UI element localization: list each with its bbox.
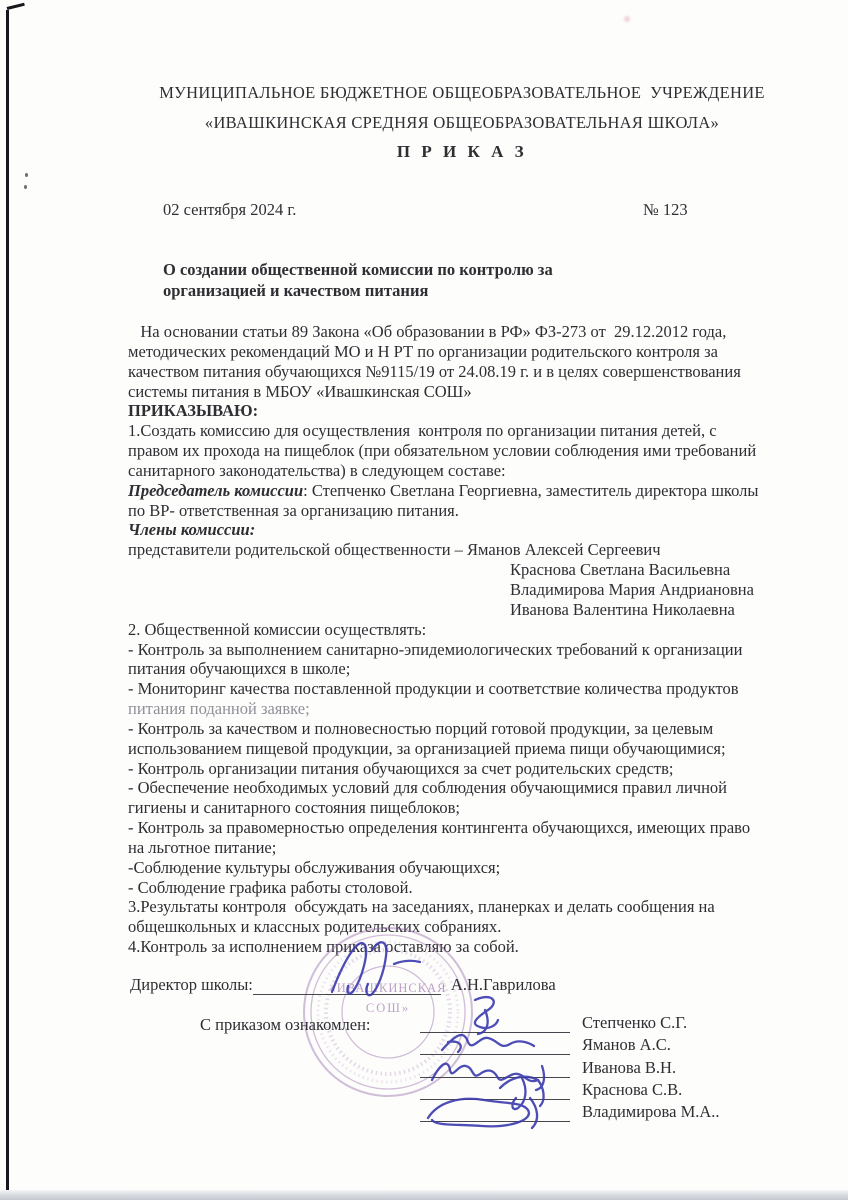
order-date: 02 сентября 2024 г. [163, 200, 296, 220]
body-line: - Контроль за качеством и полновесностью… [128, 719, 800, 739]
subject-line2: организацией и качеством питания [163, 281, 428, 300]
body-line: - Мониторинг качества поставленной проду… [128, 679, 800, 699]
director-label: Директор школы: [130, 975, 253, 994]
body-line: методических рекомендаций МО и Н РТ по о… [128, 342, 800, 362]
org-name-line2: «ИВАШКИНСКАЯ СРЕДНЯЯ ОБЩЕОБРАЗОВАТЕЛЬНАЯ… [126, 113, 798, 133]
order-title: П Р И К А З [126, 142, 798, 162]
body-line: правом их прохода на пищеблок (при обяза… [128, 441, 800, 461]
body-line: ПРИКАЗЫВАЮ: [128, 401, 800, 421]
body-text: На основании статьи 89 Закона «Об образо… [128, 322, 800, 957]
body-line: по ВР- ответственная за организацию пита… [128, 501, 800, 521]
body-line: Члены комиссии: [128, 520, 800, 540]
body-line: качеством питания обучающихся №9115/19 о… [128, 362, 800, 382]
scan-edge-hook [7, 3, 25, 10]
body-line-lead: Члены комиссии: [128, 520, 255, 539]
body-line: Иванова Валентина Николаевна [128, 600, 800, 620]
scan-speck [25, 173, 28, 177]
ink-sig-5 [428, 1099, 529, 1127]
body-line: системы питания в МБОУ «Ивашкинская СОШ» [128, 382, 800, 402]
body-line: гигиены и санитарного состояния пищеблок… [128, 798, 800, 818]
body-line: - Обеспечение необходимых условий для со… [128, 778, 800, 798]
body-line: - Контроль за правомерностью определения… [128, 818, 800, 838]
body-line: 1.Создать комиссию для осуществления кон… [128, 421, 800, 441]
body-line: - Контроль за выполнением санитарно-эпид… [128, 640, 800, 660]
ink-director [332, 943, 366, 993]
body-line: - Соблюдение графика работы столовой. [128, 878, 800, 898]
order-subject: О создании общественной комиссии по конт… [163, 259, 553, 301]
subject-line1: О создании общественной комиссии по конт… [163, 260, 553, 279]
body-line: На основании статьи 89 Закона «Об образо… [128, 322, 800, 342]
body-line: Владимирова Мария Андриановна [128, 580, 800, 600]
body-line: 2. Общественной комиссии осуществлять: [128, 620, 800, 640]
body-line: санитарного законодательства) в следующе… [128, 461, 800, 481]
body-line: Краснова Светлана Васильевна [128, 560, 800, 580]
body-line: представители родительской общественност… [128, 540, 800, 560]
scanned-order-document: МУНИЦИПАЛЬНОЕ БЮДЖЕТНОЕ ОБЩЕОБРАЗОВАТЕЛЬ… [0, 0, 848, 1200]
handwritten-signatures [260, 930, 640, 1152]
body-line-lead: Председатель комиссии [128, 481, 303, 500]
body-line: использованием пищевой продукции, за орг… [128, 739, 800, 759]
body-line: питания обучающихся в школе; [128, 659, 800, 679]
body-line: на льготное питание; [128, 838, 800, 858]
body-line: Председатель комиссии: Степченко Светлан… [128, 481, 800, 501]
scan-bottom-shadow [0, 1190, 848, 1200]
body-line: -Соблюдение культуры обслуживания обучаю… [128, 858, 800, 878]
body-line: - Контроль организации питания обучающих… [128, 759, 800, 779]
scan-speck [624, 16, 630, 22]
scan-speck [24, 185, 27, 189]
order-number: № 123 [643, 200, 688, 220]
body-line: питания поданной заявке; [128, 699, 800, 719]
body-line: 3.Результаты контроля обсуждать на засед… [128, 897, 800, 917]
org-name-line1: МУНИЦИПАЛЬНОЕ БЮДЖЕТНОЕ ОБЩЕОБРАЗОВАТЕЛЬ… [126, 83, 798, 103]
scan-edge-line [6, 10, 9, 1192]
